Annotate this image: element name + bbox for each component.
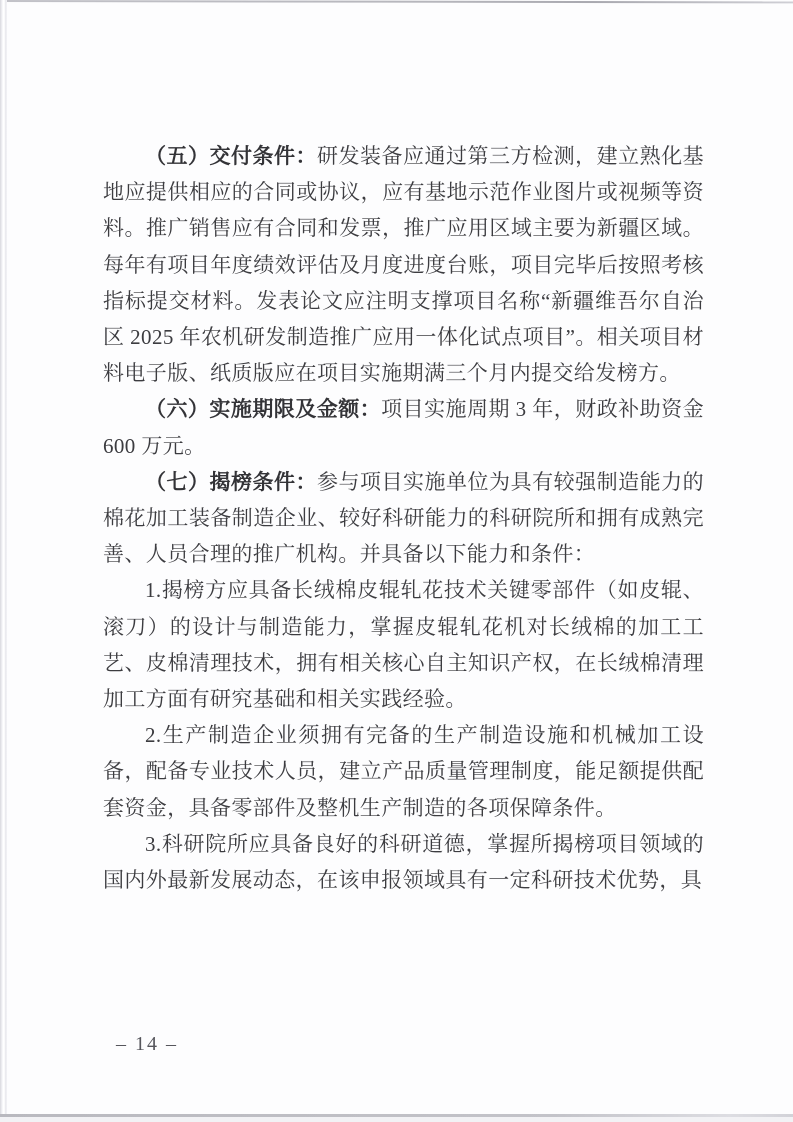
scan-top-edge-line [0, 0, 793, 3]
paragraph-delivery-conditions: （五）交付条件：研发装备应通过第三方检测，建立熟化基地应提供相应的合同或协议，应… [103, 138, 704, 391]
scan-left-edge-strip [0, 0, 7, 1122]
paragraph-bidding-conditions: （七）揭榜条件：参与项目实施单位为具有较强制造能力的棉花加工装备制造企业、较好科… [103, 464, 704, 573]
page-number: – 14 – [116, 1033, 178, 1056]
paragraph-text: 研发装备应通过第三方检测，建立熟化基地应提供相应的合同或协议，应有基地示范作业图… [103, 144, 704, 385]
scan-bottom-margin-strip [0, 1117, 793, 1122]
paragraph-text: 3.科研院所应具备良好的科研道德，掌握所揭榜项目领域的国内外最新发展动态，在该申… [103, 832, 704, 892]
paragraph-label: （六）实施期限及金额： [145, 397, 381, 421]
paragraph-text: 1.揭榜方应具备长绒棉皮辊轧花技术关键零部件（如皮辊、滚刀）的设计与制造能力，掌… [103, 578, 704, 711]
scanned-document-page: （五）交付条件：研发装备应通过第三方检测，建立熟化基地应提供相应的合同或协议，应… [0, 0, 793, 1122]
paragraph-condition-item-2: 2.生产制造企业须拥有完备的生产制造设施和机械加工设备，配备专业技术人员，建立产… [103, 717, 704, 826]
paragraph-text: 2.生产制造企业须拥有完备的生产制造设施和机械加工设备，配备专业技术人员，建立产… [103, 723, 704, 819]
paragraph-condition-item-3: 3.科研院所应具备良好的科研道德，掌握所揭榜项目领域的国内外最新发展动态，在该申… [103, 826, 704, 898]
paragraph-label: （五）交付条件： [145, 144, 317, 168]
document-body: （五）交付条件：研发装备应通过第三方检测，建立熟化基地应提供相应的合同或协议，应… [103, 138, 704, 898]
paragraph-period-and-amount: （六）实施期限及金额：项目实施周期 3 年，财政补助资金 600 万元。 [103, 391, 704, 463]
paragraph-label: （七）揭榜条件： [145, 470, 317, 494]
paragraph-condition-item-1: 1.揭榜方应具备长绒棉皮辊轧花技术关键零部件（如皮辊、滚刀）的设计与制造能力，掌… [103, 572, 704, 717]
